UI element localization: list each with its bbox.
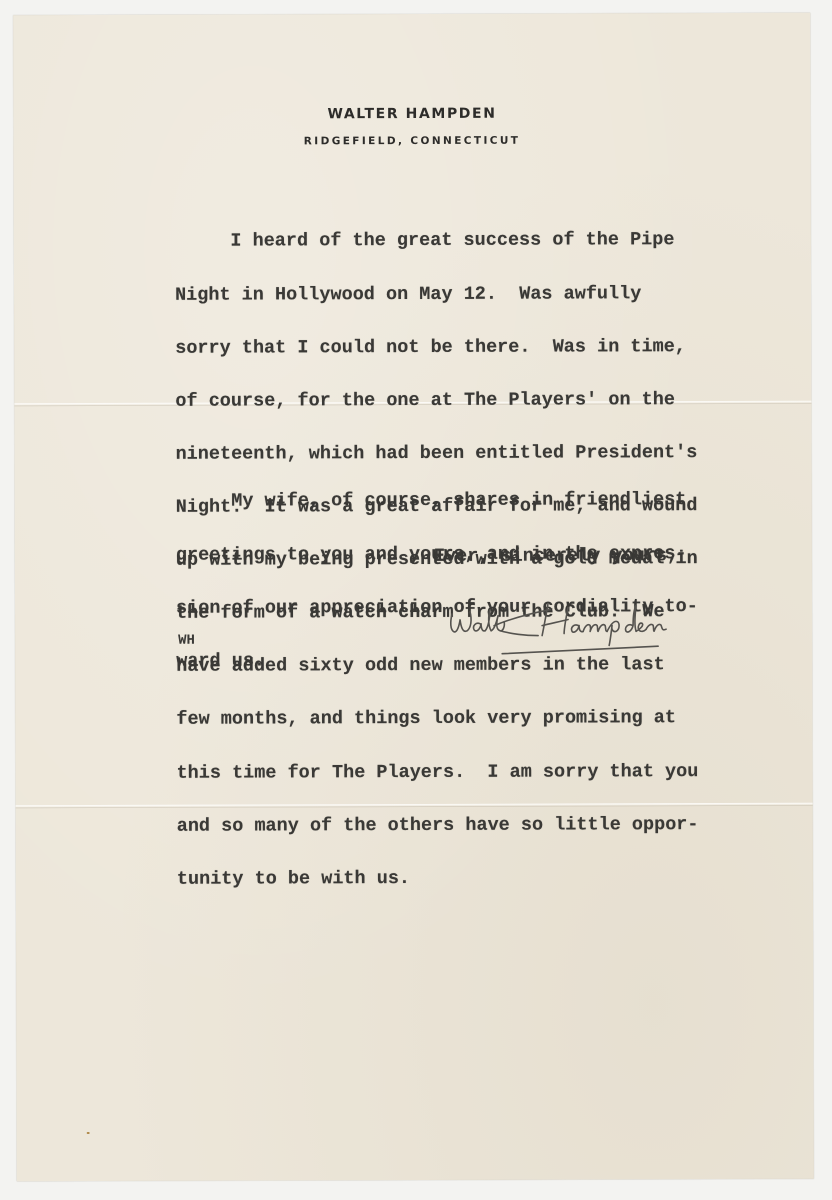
- body-paragraph-2: My wife, of course, shares in friendlies…: [176, 456, 699, 705]
- text-line: and so many of the others have so little…: [177, 816, 699, 835]
- text-line: I heard of the great success of the Pipe: [175, 232, 697, 251]
- complimentary-close: Ever, sincerely yours,: [434, 547, 678, 565]
- text-line: this time for The Players. I am sorry th…: [177, 763, 699, 782]
- letterhead-name: WALTER HAMPDEN: [13, 105, 810, 124]
- text-line: few months, and things look very promisi…: [176, 709, 698, 728]
- text-line: sorry that I could not be there. Was in …: [175, 338, 697, 357]
- handwritten-signature: Walter Hampden: [430, 585, 760, 666]
- typist-initials: WH: [178, 633, 195, 649]
- letterhead-place: RIDGEFIELD, CONNECTICUT: [14, 134, 811, 149]
- scanned-letter: WALTER HAMPDEN RIDGEFIELD, CONNECTICUT I…: [0, 0, 832, 1200]
- text-line: My wife, of course, shares in friendlies…: [176, 492, 698, 511]
- letter-paper: WALTER HAMPDEN RIDGEFIELD, CONNECTICUT I…: [13, 13, 814, 1181]
- text-line: Night in Hollywood on May 12. Was awfull…: [175, 285, 697, 304]
- paper-speck: [87, 1132, 90, 1134]
- text-line: tunity to be with us.: [177, 869, 699, 888]
- signature-icon: [430, 585, 760, 666]
- text-line: of course, for the one at The Players' o…: [175, 391, 697, 410]
